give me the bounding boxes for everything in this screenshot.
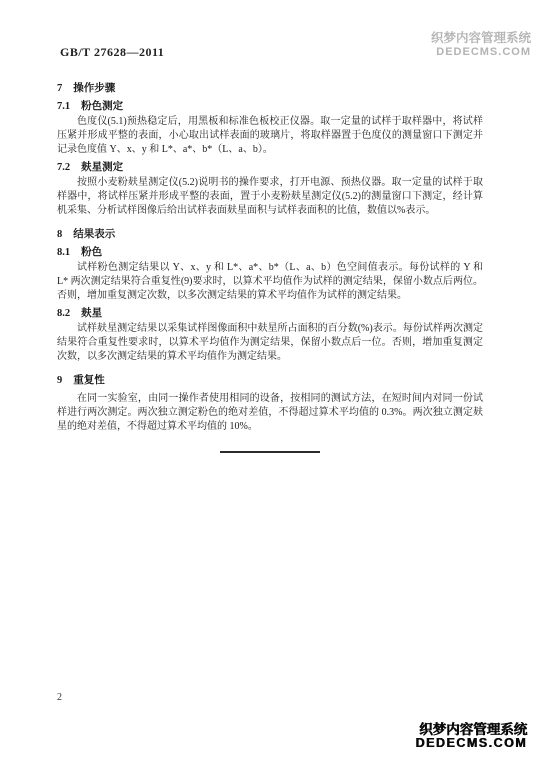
section-title: 操作步骤 bbox=[73, 83, 115, 94]
clause-number: 8.1 bbox=[57, 247, 70, 258]
standard-number: GB/T 27628—2011 bbox=[60, 45, 164, 60]
clause-heading-8-2: 8.2麸星 bbox=[57, 307, 483, 321]
clause-title: 麸星 bbox=[81, 308, 102, 319]
clause-heading-8-1: 8.1粉色 bbox=[57, 246, 483, 260]
section-heading-9: 9重复性 bbox=[57, 374, 483, 388]
watermark-top-domain: DEDECMS.COM bbox=[431, 45, 531, 59]
clause-title: 粉色测定 bbox=[81, 101, 123, 112]
section-title: 结果表示 bbox=[73, 229, 115, 240]
clause-number: 8.2 bbox=[57, 308, 70, 319]
paragraph-8-2: 试样麸星测定结果以采集试样图像面积中麸星所占面积的百分数(%)表示。每份试样两次… bbox=[57, 322, 483, 364]
section-heading-7: 7操作步骤 bbox=[57, 82, 483, 96]
watermark-top: 织梦内容管理系统 DEDECMS.COM bbox=[431, 31, 531, 59]
clause-number: 7.2 bbox=[57, 162, 70, 173]
section-number: 7 bbox=[57, 83, 62, 94]
watermark-bottom-chinese: 织梦内容管理系统 bbox=[415, 723, 527, 737]
clause-heading-7-2: 7.2麸星测定 bbox=[57, 161, 483, 175]
section-number: 9 bbox=[57, 375, 62, 386]
document-body: 7操作步骤 7.1粉色测定 色度仪(5.1)预热稳定后，用黑板和标准色板校正仪器… bbox=[57, 82, 483, 453]
watermark-top-chinese: 织梦内容管理系统 bbox=[431, 31, 531, 45]
end-of-document-rule bbox=[220, 451, 320, 453]
watermark-bottom: 织梦内容管理系统 DEDECMS.COM bbox=[415, 723, 527, 750]
paragraph-7-2: 按照小麦粉麸星测定仪(5.2)说明书的操作要求，打开电源、预热仪器。取一定量的试… bbox=[57, 176, 483, 218]
paragraph-8-1: 试样粉色测定结果以 Y、x、y 和 L*、a*、b*（L、a、b）色空间值表示。… bbox=[57, 261, 483, 303]
paragraph-7-1: 色度仪(5.1)预热稳定后，用黑板和标准色板校正仪器。取一定量的试样于取样器中，… bbox=[57, 115, 483, 157]
watermark-bottom-domain: DEDECMS.COM bbox=[415, 737, 527, 750]
paragraph-9: 在同一实验室，由同一操作者使用相同的设备，按相同的测试方法，在短时间内对同一份试… bbox=[57, 392, 483, 434]
clause-title: 粉色 bbox=[81, 247, 102, 258]
section-heading-8: 8结果表示 bbox=[57, 228, 483, 242]
page-number: 2 bbox=[57, 692, 62, 703]
clause-number: 7.1 bbox=[57, 101, 70, 112]
scanned-document-page: GB/T 27628—2011 织梦内容管理系统 DEDECMS.COM 7操作… bbox=[0, 0, 534, 762]
section-title: 重复性 bbox=[73, 375, 105, 386]
clause-heading-7-1: 7.1粉色测定 bbox=[57, 100, 483, 114]
clause-title: 麸星测定 bbox=[81, 162, 123, 173]
section-number: 8 bbox=[57, 229, 62, 240]
